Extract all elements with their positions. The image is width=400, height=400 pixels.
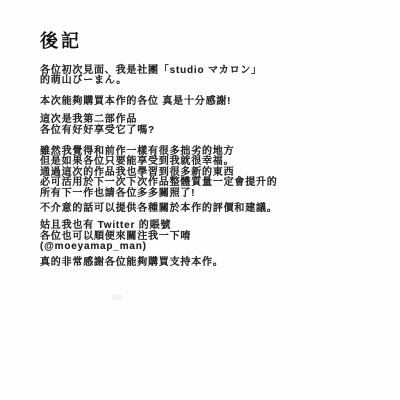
text-line: 真的非常感謝各位能夠購買支持本作。 (40, 258, 380, 268)
paragraph-second-work: 這次是我第二部作品 各位有好好享受它了嗎? (40, 115, 380, 136)
text-line: 本次能夠購買本作的各位 真是十分感謝! (40, 97, 380, 107)
paragraph-reflection: 雖然我覺得和前作一樣有很多拙劣的地方 但是如果各位只要能享受到我就很幸福。 通過… (40, 147, 380, 199)
paragraph-thanks-purchase: 本次能夠購買本作的各位 真是十分感謝! (40, 97, 380, 107)
afterword-content: 後記 各位初次見面、我是社團「studio マカロン」 的萌山びーまん。 本次能… (40, 30, 380, 268)
text-line: 所有下一作也請各位多多關照了! (40, 189, 380, 199)
scan-artifact (112, 294, 122, 300)
afterword-page: 後記 各位初次見面、我是社團「studio マカロン」 的萌山びーまん。 本次能… (0, 0, 400, 400)
text-line: 各位有好好享受它了嗎? (40, 126, 380, 136)
paragraph-twitter-info: 姑且我也有 Twitter 的賬號 各位也可以順便來關注我一下唷 (@moeya… (40, 221, 380, 252)
paragraph-closing-thanks: 真的非常感謝各位能夠購買支持本作。 (40, 258, 380, 268)
text-line: 不介意的話可以提供各種關於本作的評價和建議。 (40, 204, 380, 214)
page-title: 後記 (40, 30, 380, 52)
paragraph-introduction: 各位初次見面、我是社團「studio マカロン」 的萌山びーまん。 (40, 66, 380, 87)
twitter-handle-text: (@moeyamap_man) (40, 242, 380, 252)
text-line: 的萌山びーまん。 (40, 76, 380, 86)
paragraph-feedback-request: 不介意的話可以提供各種關於本作的評價和建議。 (40, 204, 380, 214)
